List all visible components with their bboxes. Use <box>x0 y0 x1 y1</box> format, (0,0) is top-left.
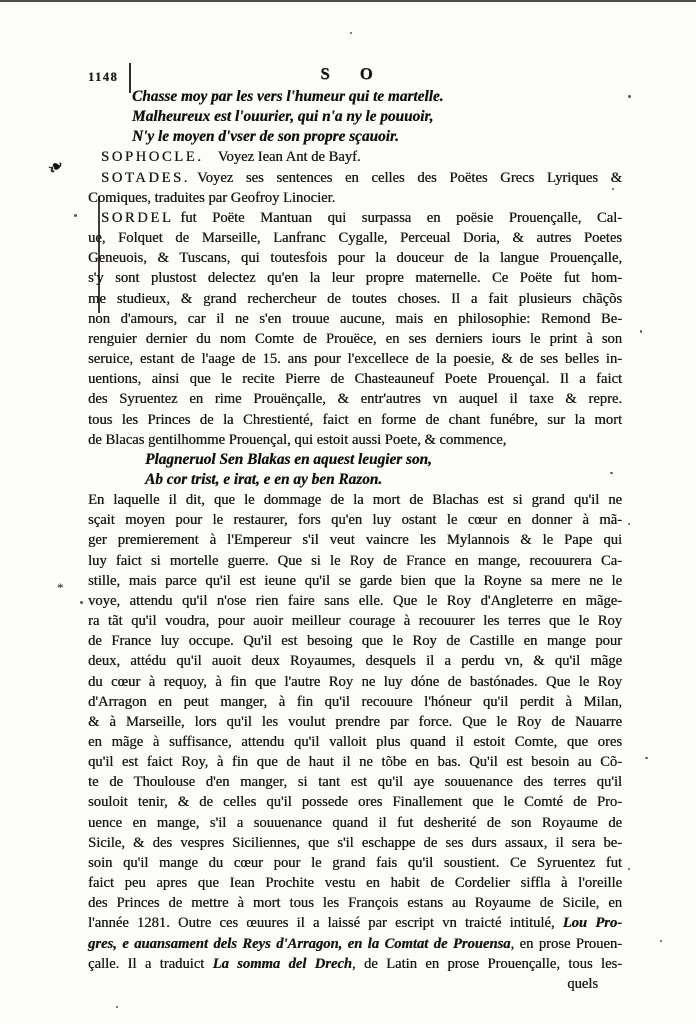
text-line: de Blacas gentilhomme Prouençal, qui est… <box>88 430 622 450</box>
text-segment: & à Marseille, lors qu'il les voulut pre… <box>88 714 622 730</box>
text-segment: , de Latin en prose Prouençalle, tous le… <box>352 956 622 972</box>
text-line: du cœur à requoy, à fin que l'autre Roy … <box>88 672 622 692</box>
text-segment: de France luy occupe. Qu'il est besoing … <box>88 633 622 649</box>
text-line: Geneuois, & Tuscans, qui toutesfois pour… <box>88 248 622 268</box>
text-segment: N'y le moyen d'vser de son propre sçauoi… <box>132 128 399 145</box>
ink-speck <box>80 601 83 604</box>
text-segment: des Princes de mettre à mort tous les Fr… <box>88 895 622 911</box>
text-line: Plagneruol Sen Blakas en aquest leugier … <box>145 450 622 470</box>
text-segment: d'Arragon en peut manger, à fin qu'il re… <box>88 694 622 710</box>
text-segment: Voyez Iean Ant de Bayf. <box>210 149 360 165</box>
text-line: SOPHOCLE. Voyez Iean Ant de Bayf. <box>88 147 622 167</box>
text-line: des Princes de mettre à mort tous les Fr… <box>88 893 622 913</box>
text-segment: Chasse moy par les vers l'humeur qui te … <box>132 88 443 105</box>
text-line: faict peu apres que Iean Prochite vestu … <box>88 873 622 893</box>
running-head: S O <box>0 64 696 84</box>
text-segment: te de Thoulouse d'en manger, si tant est… <box>88 774 622 790</box>
text-segment: voye, attendu qu'il n'ose rien faire san… <box>88 593 622 609</box>
text-line: tous les Princes de la Chrestienté, faic… <box>88 410 622 430</box>
text-segment: me studieux, & grand rechercheur de tout… <box>88 291 622 307</box>
text-line: ger premierement à l'Empereur s'il veut … <box>88 530 622 550</box>
text-line: sçait moyen pour le restaurer, fors qu'e… <box>88 510 622 530</box>
ink-speck <box>628 868 630 870</box>
text-line: Comiques, traduites par Geofroy Linocier… <box>88 188 622 208</box>
ink-speck <box>628 95 631 98</box>
text-segment: Comiques, traduites par Geofroy Linocier… <box>88 190 335 206</box>
ink-speck <box>612 188 614 190</box>
text-segment: Geneuois, & Tuscans, qui toutesfois pour… <box>88 250 622 266</box>
text-line: N'y le moyen d'vser de son propre sçauoi… <box>132 127 622 147</box>
text-block: Chasse moy par les vers l'humeur qui te … <box>88 87 622 994</box>
text-segment: du cœur à requoy, à fin que l'autre Roy … <box>88 674 622 690</box>
text-segment: ue, Folquet de Marseille, Lanfranc Cygal… <box>88 230 622 246</box>
ink-speck <box>610 472 613 474</box>
ink-speck <box>74 214 77 217</box>
text-segment: deux, attédu qu'il auoit deux Royaumes, … <box>88 653 622 669</box>
text-line: SORDELfut Poëte Mantuan qui surpassa en … <box>88 208 622 228</box>
text-line: l'année 1281. Outre ces œuures il a lais… <box>88 913 622 933</box>
text-line: soin qu'il mange du cœur pour le grand f… <box>88 853 622 873</box>
text-segment: renguier dernier du nom Comte de Prouëce… <box>88 331 622 347</box>
text-segment: quels <box>567 976 598 992</box>
scan-edge-line <box>0 0 696 2</box>
text-segment: La somma del Drech <box>213 956 352 972</box>
text-segment: çalle. Il a traduict <box>88 956 213 972</box>
text-line: renguier dernier du nom Comte de Prouëce… <box>88 329 622 349</box>
entry-headword: SORDEL <box>101 210 173 226</box>
text-segment: Sicile, & des vespres Siciliennes, que s… <box>88 835 622 851</box>
text-line: uence en mange, s'il a souuenance quand … <box>88 813 622 833</box>
text-segment: Voyez ses sentences en celles des Poëtes… <box>197 170 622 186</box>
entry-headword: SOPHOCLE. <box>101 149 203 165</box>
text-line: uentions, ainsi que le recite Pierre de … <box>88 369 622 389</box>
text-segment: s'y sont plustost delectez qu'en la leur… <box>88 270 622 286</box>
text-segment: tous les Princes de la Chrestienté, faic… <box>88 412 622 428</box>
text-segment: En laquelle il dit, que le dommage de la… <box>88 492 622 508</box>
text-segment: ra tãt qu'il voudra, pour auoir meilleur… <box>88 613 622 629</box>
text-segment: en mãge à suffisance, attendu qu'il vall… <box>88 734 622 750</box>
text-segment: non d'amours, car il ne s'en trouue aucu… <box>88 311 622 327</box>
text-segment: Malheureux est l'ouurier, qui n'a ny le … <box>132 108 433 125</box>
text-segment: gres, e auansament dels Reys d'Arragon, … <box>88 936 510 952</box>
text-line: des Syruentez en rime Prouënçalle, & ent… <box>88 389 622 409</box>
text-segment: stille, mais parce qu'il est ieune qu'il… <box>88 573 622 589</box>
text-line: & à Marseille, lors qu'il les voulut pre… <box>88 712 622 732</box>
text-line: voye, attendu qu'il n'ose rien faire san… <box>88 591 622 611</box>
text-segment: , en prose Prouen- <box>510 936 622 952</box>
text-segment: l'année 1281. Outre ces œuures il a lais… <box>88 915 563 931</box>
text-segment: Ab cor trist, e irat, e en ay ben Razon. <box>145 471 382 488</box>
book-page-scan: 1148 S O ❧ * Chasse moy par les vers l'h… <box>0 0 696 1024</box>
text-line: ra tãt qu'il voudra, pour auoir meilleur… <box>88 611 622 631</box>
text-line: ue, Folquet de Marseille, Lanfranc Cygal… <box>88 228 622 248</box>
text-line: çalle. Il a traduict La somma del Drech,… <box>88 954 622 974</box>
text-line: de France luy occupe. Qu'il est besoing … <box>88 631 622 651</box>
text-line: Malheureux est l'ouurier, qui n'a ny le … <box>132 107 622 127</box>
text-segment: des Syruentez en rime Prouënçalle, & ent… <box>88 391 622 407</box>
text-line: luy faict si mortelle guerre. Que si le … <box>88 551 622 571</box>
ink-speck <box>350 32 352 34</box>
entry-headword: SOTADES. <box>101 170 190 186</box>
text-line: Ab cor trist, e irat, e en ay ben Razon. <box>145 470 622 490</box>
text-line: en mãge à suffisance, attendu qu'il vall… <box>88 732 622 752</box>
text-line: stille, mais parce qu'il est ieune qu'il… <box>88 571 622 591</box>
margin-asterisk-mark: * <box>57 580 64 596</box>
text-segment: Plagneruol Sen Blakas en aquest leugier … <box>145 451 432 468</box>
text-segment: Lou Pro- <box>563 915 622 931</box>
ink-speck <box>645 757 648 759</box>
text-line: te de Thoulouse d'en manger, si tant est… <box>88 772 622 792</box>
text-segment: qu'il est faict Roy, à fin que de haut i… <box>88 754 622 770</box>
text-segment: seruice, estant de l'aage de 15. ans pou… <box>88 351 622 367</box>
text-segment: uence en mange, s'il a souuenance quand … <box>88 815 622 831</box>
text-segment: ger premierement à l'Empereur s'il veut … <box>88 532 622 548</box>
text-line: Sicile, & des vespres Siciliennes, que s… <box>88 833 622 853</box>
text-line: SOTADES.Voyez ses sentences en celles de… <box>88 168 622 188</box>
text-line: d'Arragon en peut manger, à fin qu'il re… <box>88 692 622 712</box>
ink-speck <box>628 523 630 525</box>
text-segment: faict peu apres que Iean Prochite vestu … <box>88 875 622 891</box>
text-line: quels <box>88 974 622 994</box>
ink-speck <box>660 940 662 942</box>
ink-speck <box>116 1006 118 1008</box>
text-line: non d'amours, car il ne s'en trouue aucu… <box>88 309 622 329</box>
text-segment: soin qu'il mange du cœur pour le grand f… <box>88 855 622 871</box>
text-line: souloit tenir, & de celles qu'il possede… <box>88 792 622 812</box>
text-line: seruice, estant de l'aage de 15. ans pou… <box>88 349 622 369</box>
text-segment: uentions, ainsi que le recite Pierre de … <box>88 371 622 387</box>
margin-manicule-mark: ❧ <box>43 154 70 182</box>
text-line: qu'il est faict Roy, à fin que de haut i… <box>88 752 622 772</box>
text-line: deux, attédu qu'il auoit deux Royaumes, … <box>88 651 622 671</box>
text-line: me studieux, & grand rechercheur de tout… <box>88 289 622 309</box>
ink-speck <box>640 330 642 333</box>
text-segment: de Blacas gentilhomme Prouençal, qui est… <box>88 432 506 448</box>
text-line: Chasse moy par les vers l'humeur qui te … <box>132 87 622 107</box>
text-segment: sçait moyen pour le restaurer, fors qu'e… <box>88 512 622 528</box>
text-line: gres, e auansament dels Reys d'Arragon, … <box>88 934 622 954</box>
text-line: s'y sont plustost delectez qu'en la leur… <box>88 268 622 288</box>
text-line: En laquelle il dit, que le dommage de la… <box>88 490 622 510</box>
text-segment: luy faict si mortelle guerre. Que si le … <box>88 553 622 569</box>
text-segment: souloit tenir, & de celles qu'il possede… <box>88 794 622 810</box>
text-segment: fut Poëte Mantuan qui surpassa en poësie… <box>180 210 622 226</box>
